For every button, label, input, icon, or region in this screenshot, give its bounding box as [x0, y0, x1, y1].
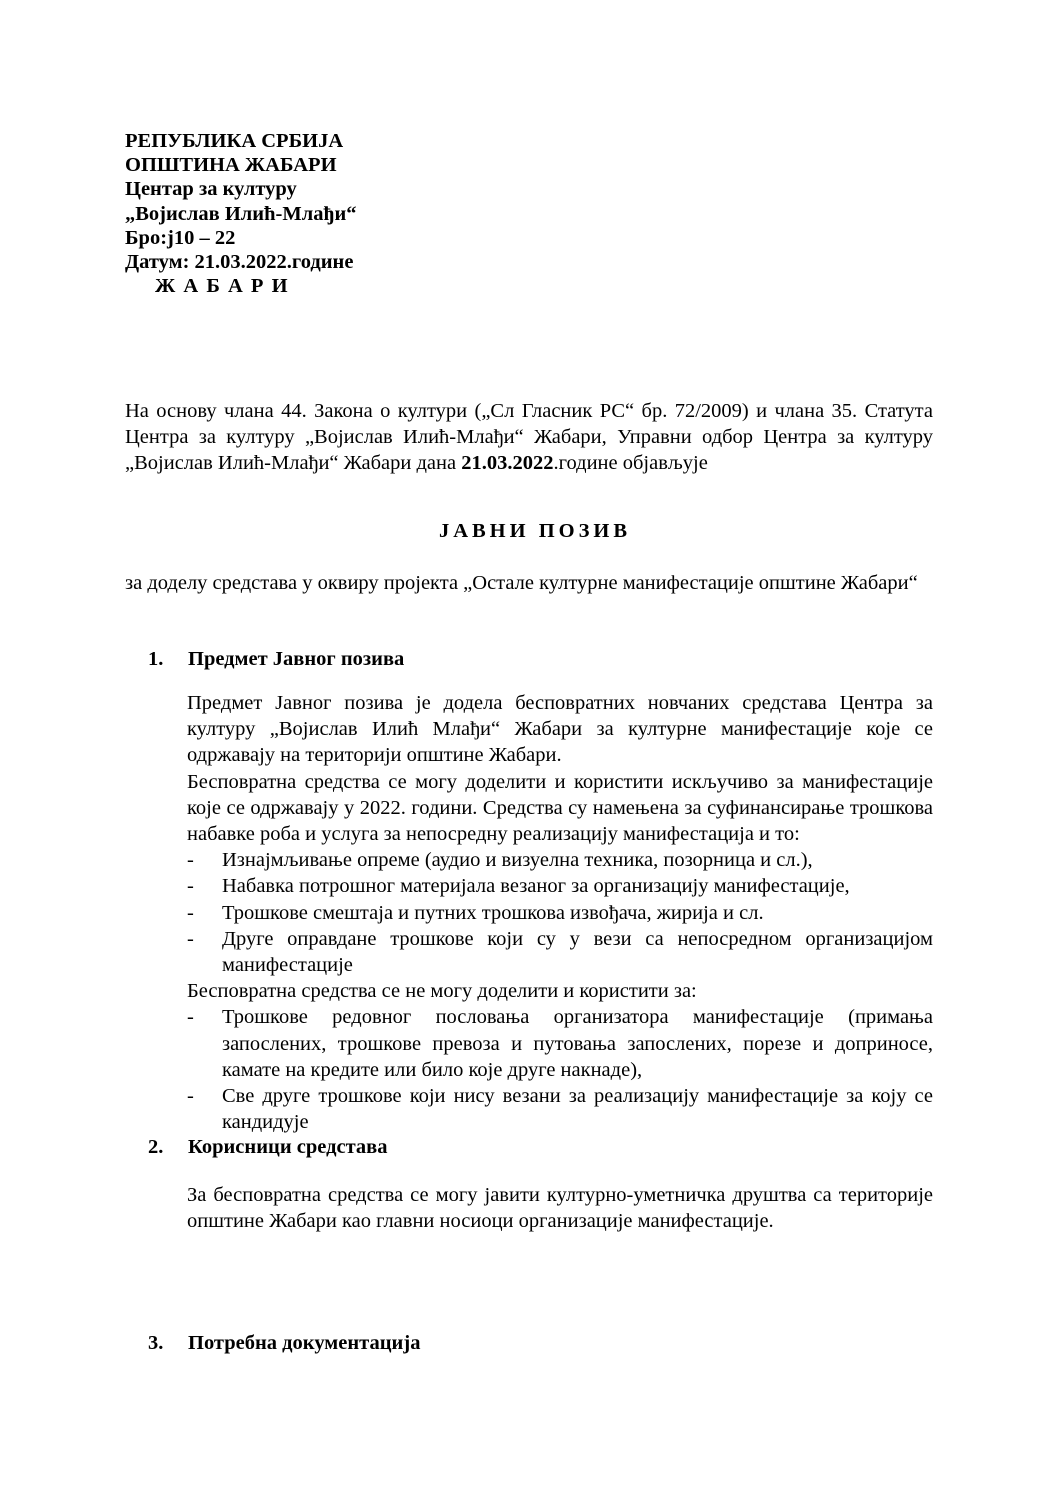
section-title: Потребна документација	[188, 1332, 420, 1354]
letterhead-country: РЕПУБЛИКА СРБИЈА	[125, 129, 357, 153]
section-heading-1: 1.Предмет Јавног позива	[148, 648, 404, 671]
section-paragraph: Бесповратна средства се не могу доделити…	[187, 978, 933, 1004]
section-heading-2: 2.Корисници средстава	[148, 1136, 387, 1159]
intro-text-end: .године објављује	[553, 452, 707, 474]
dash-bullet-icon: -	[187, 1083, 194, 1109]
dash-bullet-icon: -	[187, 847, 194, 873]
document-page: РЕПУБЛИКА СРБИЈА ОПШТИНА ЖАБАРИ Центар з…	[0, 0, 1058, 1497]
section-paragraph: За бесповратна средства се могу јавити к…	[187, 1182, 933, 1234]
intro-date: 21.03.2022	[461, 452, 553, 474]
list-item: -Трошкове смештаја и путних трошкова изв…	[187, 900, 933, 926]
list-item: -Трошкове редовног пословања организатор…	[187, 1004, 933, 1083]
letterhead-reference-number: Бро:ј10 – 22	[125, 226, 357, 250]
list-item: -Друге оправдане трошкове који су у вези…	[187, 926, 933, 978]
list-item: -Набавка потрошног материјала везаног за…	[187, 873, 933, 899]
section-number: 2.	[148, 1136, 188, 1159]
list-item: -Све друге трошкове који нису везани за …	[187, 1083, 933, 1135]
document-subtitle: за доделу средстава у оквиру пројекта „О…	[125, 570, 933, 596]
dash-bullet-icon: -	[187, 873, 194, 899]
intro-paragraph: На основу члана 44. Закона о култури („С…	[125, 398, 933, 477]
letterhead-city: Ж А Б А Р И	[125, 274, 357, 298]
document-title: ЈАВНИ ПОЗИВ	[0, 520, 1058, 543]
letterhead: РЕПУБЛИКА СРБИЈА ОПШТИНА ЖАБАРИ Центар з…	[125, 129, 357, 298]
section-heading-3: 3.Потребна документација	[148, 1332, 420, 1355]
disallowed-costs-list: -Трошкове редовног пословања организатор…	[187, 1004, 933, 1135]
letterhead-municipality: ОПШТИНА ЖАБАРИ	[125, 153, 357, 177]
list-item: -Изнајмљивање опреме (аудио и визуелна т…	[187, 847, 933, 873]
section-paragraph: Предмет Јавног позива је додела бесповра…	[187, 690, 933, 769]
section-paragraph: Бесповратна средства се могу доделити и …	[187, 769, 933, 848]
dash-bullet-icon: -	[187, 1004, 194, 1030]
letterhead-date: Датум: 21.03.2022.године	[125, 250, 357, 274]
section-title: Предмет Јавног позива	[188, 648, 404, 670]
dash-bullet-icon: -	[187, 926, 194, 952]
letterhead-institution-name: „Војислав Илић-Млађи“	[125, 202, 357, 226]
section-number: 1.	[148, 648, 188, 671]
section-body-2: За бесповратна средства се могу јавити к…	[187, 1182, 933, 1234]
section-title: Корисници средстава	[188, 1136, 387, 1158]
section-body-1: Предмет Јавног позива је додела бесповра…	[187, 690, 933, 1135]
letterhead-institution: Центар за културу	[125, 177, 357, 201]
section-number: 3.	[148, 1332, 188, 1355]
allowed-costs-list: -Изнајмљивање опреме (аудио и визуелна т…	[187, 847, 933, 978]
dash-bullet-icon: -	[187, 900, 194, 926]
